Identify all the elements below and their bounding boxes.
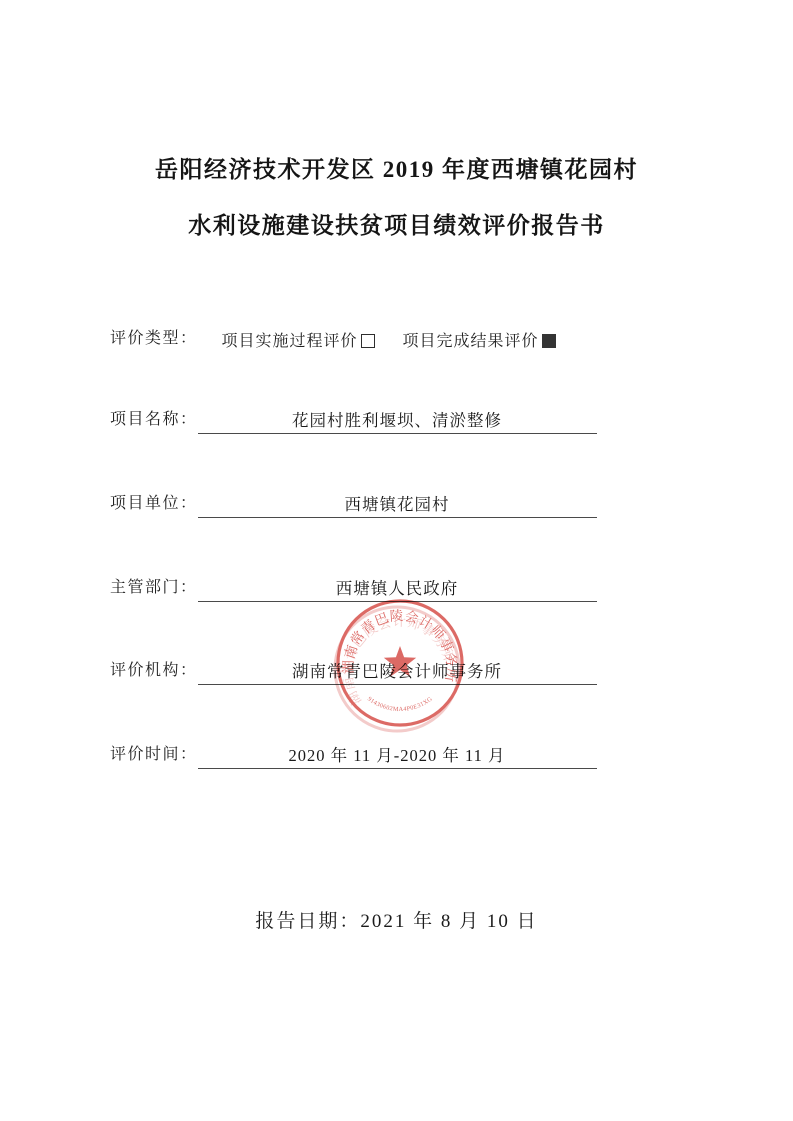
field-underline-supervising-department: 西塘镇人民政府 (198, 576, 597, 602)
field-row-supervising-department: 主管部门： 西塘镇人民政府 (110, 576, 597, 602)
field-value-project-name: 花园村胜利堰坝、清淤整修 (292, 411, 502, 430)
evaluation-type-label: 评价类型： (110, 327, 198, 351)
field-label-evaluation-agency: 评价机构： (110, 659, 198, 685)
checkbox-unchecked-icon (361, 334, 375, 348)
field-value-project-unit: 西塘镇花园村 (345, 495, 450, 514)
seal-credit-code: 91430602MA4P0E31XG (366, 695, 434, 713)
evaluation-type-row: 评价类型： 项目实施过程评价 项目完成结果评价 (110, 327, 556, 351)
field-row-project-name: 项目名称： 花园村胜利堰坝、清淤整修 (110, 408, 597, 434)
field-row-project-unit: 项目单位： 西塘镇花园村 (110, 492, 597, 518)
svg-text:91430602MA4P0E31XG: 91430602MA4P0E31XG (366, 695, 434, 713)
field-label-project-name: 项目名称： (110, 408, 198, 434)
report-date: 报告日期：2021 年 8 月 10 日 (0, 908, 793, 936)
field-value-evaluation-agency: 湖南常青巴陵会计师事务所 (292, 662, 502, 681)
field-label-project-unit: 项目单位： (110, 492, 198, 518)
field-underline-evaluation-agency: 湖南常青巴陵会计师事务所 (198, 659, 597, 685)
field-underline-project-name: 花园村胜利堰坝、清淤整修 (198, 408, 597, 434)
report-title-line2: 水利设施建设扶贫项目绩效评价报告书 (0, 198, 793, 254)
field-underline-project-unit: 西塘镇花园村 (198, 492, 597, 518)
evaluation-option-result: 项目完成结果评价 (403, 328, 556, 351)
field-row-evaluation-agency: 评价机构： 湖南常青巴陵会计师事务所 (110, 659, 597, 685)
checkbox-checked-icon (542, 334, 556, 348)
evaluation-option-process: 项目实施过程评价 (222, 328, 375, 351)
document-page: 岳阳经济技术开发区 2019 年度西塘镇花园村 水利设施建设扶贫项目绩效评价报告… (0, 0, 793, 1121)
field-label-evaluation-period: 评价时间： (110, 743, 198, 769)
evaluation-option-result-text: 项目完成结果评价 (403, 333, 539, 350)
field-underline-evaluation-period: 2020 年 11 月-2020 年 11 月 (198, 743, 597, 769)
field-label-supervising-department: 主管部门： (110, 576, 198, 602)
field-row-evaluation-period: 评价时间： 2020 年 11 月-2020 年 11 月 (110, 743, 597, 769)
report-title: 岳阳经济技术开发区 2019 年度西塘镇花园村 水利设施建设扶贫项目绩效评价报告… (0, 142, 793, 254)
report-title-line1: 岳阳经济技术开发区 2019 年度西塘镇花园村 (0, 142, 793, 198)
evaluation-option-process-text: 项目实施过程评价 (222, 333, 358, 350)
field-value-evaluation-period: 2020 年 11 月-2020 年 11 月 (289, 746, 506, 765)
field-value-supervising-department: 西塘镇人民政府 (336, 579, 459, 598)
